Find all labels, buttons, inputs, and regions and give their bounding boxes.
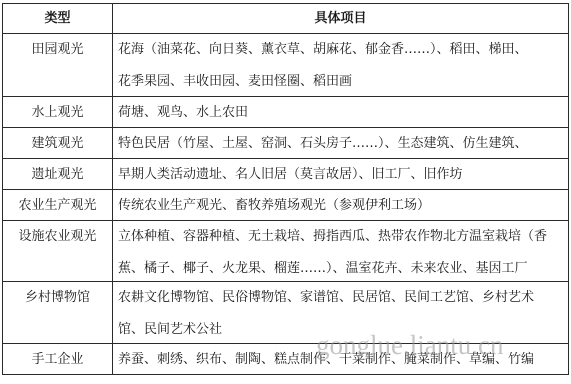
row-items-line: 荷塘、观鸟、水上农田 (118, 105, 564, 121)
row-type: 设施农业观光 (3, 221, 113, 282)
table-row: 遗址观光 早期人类活动遗址、名人旧居（莫言故居）、旧工厂、旧作坊 (3, 159, 569, 190)
row-items: 农耕文化博物馆、民俗博物馆、家谱馆、民居馆、民间工艺馆、乡村艺术 馆、民间艺术公… (113, 282, 569, 344)
row-items-line: 早期人类活动遗址、名人旧居（莫言故居）、旧工厂、旧作坊 (118, 167, 564, 183)
row-items: 立体种植、容器种植、无土栽培、拇指西瓜、热带农作物北方温室栽培（香 蕉、橘子、椰… (113, 221, 569, 282)
header-type: 类型 (3, 4, 113, 34)
row-type: 建筑观光 (3, 128, 113, 159)
table-row: 水上观光 荷塘、观鸟、水上农田 (3, 97, 569, 128)
row-items-line: 农耕文化博物馆、民俗博物馆、家谱馆、民居馆、民间工艺馆、乡村艺术 (118, 290, 564, 306)
row-items-line: 蕉、橘子、椰子、火龙果、榴莲……）、温室花卉、未来农业、基因工厂 (118, 261, 564, 277)
table-row: 乡村博物馆 农耕文化博物馆、民俗博物馆、家谱馆、民居馆、民间工艺馆、乡村艺术 馆… (3, 282, 569, 344)
row-items: 早期人类活动遗址、名人旧居（莫言故居）、旧工厂、旧作坊 (113, 159, 569, 190)
table-row: 农业生产观光 传统农业生产观光、畜牧养殖场观光（参观伊利工场） (3, 190, 569, 221)
row-items-line: 传统农业生产观光、畜牧养殖场观光（参观伊利工场） (118, 198, 564, 214)
row-type: 乡村博物馆 (3, 282, 113, 344)
row-items-line: 花季果园、丰收田园、麦田怪圈、稻田画 (118, 74, 564, 90)
table-row: 建筑观光 特色民居（竹屋、土屋、窑洞、石头房子……）、生态建筑、仿生建筑、 (3, 128, 569, 159)
row-items: 荷塘、观鸟、水上农田 (113, 97, 569, 128)
row-items: 花海（油菜花、向日葵、薰衣草、胡麻花、郁金香……）、稻田、梯田、 花季果园、丰收… (113, 34, 569, 97)
row-type: 手工企业 (3, 344, 113, 375)
row-items: 传统农业生产观光、畜牧养殖场观光（参观伊利工场） (113, 190, 569, 221)
tourism-types-table: 类型 具体项目 田园观光 花海（油菜花、向日葵、薰衣草、胡麻花、郁金香……）、稻… (2, 3, 569, 375)
row-type: 农业生产观光 (3, 190, 113, 221)
row-items-line: 特色民居（竹屋、土屋、窑洞、石头房子……）、生态建筑、仿生建筑、 (118, 136, 564, 152)
row-items-line: 立体种植、容器种植、无土栽培、拇指西瓜、热带农作物北方温室栽培（香 (118, 229, 564, 245)
row-items: 特色民居（竹屋、土屋、窑洞、石头房子……）、生态建筑、仿生建筑、 (113, 128, 569, 159)
row-type: 遗址观光 (3, 159, 113, 190)
row-type: 田园观光 (3, 34, 113, 97)
table-row: 田园观光 花海（油菜花、向日葵、薰衣草、胡麻花、郁金香……）、稻田、梯田、 花季… (3, 34, 569, 97)
table-row: 设施农业观光 立体种植、容器种植、无土栽培、拇指西瓜、热带农作物北方温室栽培（香… (3, 221, 569, 282)
row-items-line: 花海（油菜花、向日葵、薰衣草、胡麻花、郁金香……）、稻田、梯田、 (118, 42, 564, 58)
header-row: 类型 具体项目 (3, 4, 569, 34)
row-items-line: 养蚕、刺绣、织布、制陶、糕点制作、干菜制作、腌菜制作、草编、竹编 (118, 352, 564, 368)
row-items-line: 馆、民间艺术公社 (118, 322, 564, 338)
row-items: 养蚕、刺绣、织布、制陶、糕点制作、干菜制作、腌菜制作、草编、竹编 (113, 344, 569, 375)
table-row: 手工企业 养蚕、刺绣、织布、制陶、糕点制作、干菜制作、腌菜制作、草编、竹编 (3, 344, 569, 375)
header-items: 具体项目 (113, 4, 569, 34)
row-type: 水上观光 (3, 97, 113, 128)
